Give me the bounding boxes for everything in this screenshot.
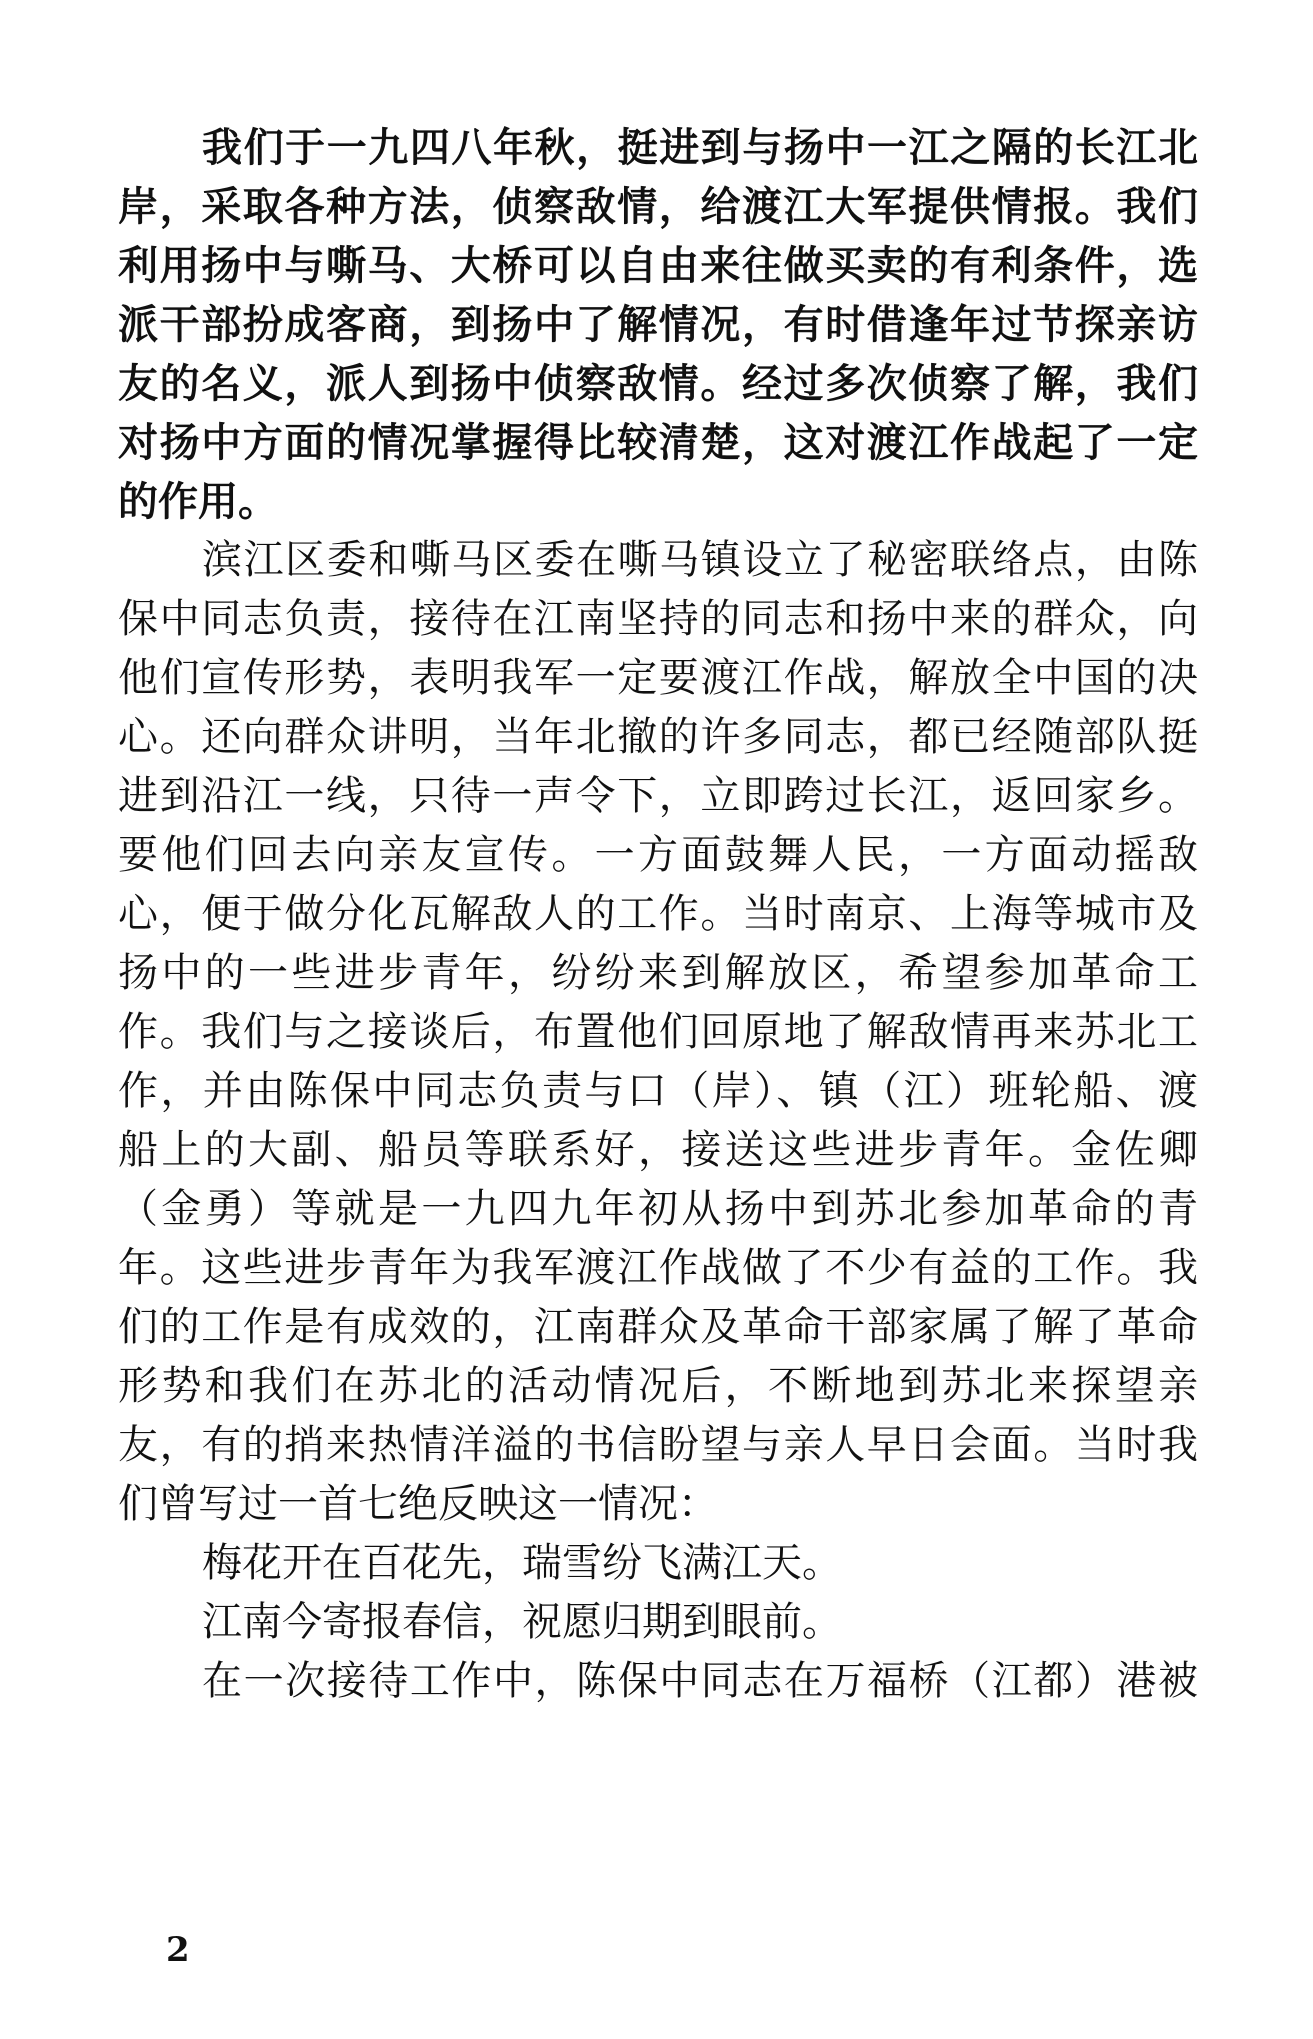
text-line: 在一次接待工作中，陈保中同志在万福桥（江都）港被 <box>118 1652 1198 1711</box>
text-line: 的作用。 <box>118 472 1198 531</box>
text-line: 船上的大副、船员等联系好，接送这些进步青年。金佐卿 <box>118 1121 1198 1180</box>
text-line: 心，便于做分化瓦解敌人的工作。当时南京、上海等城市及 <box>118 885 1198 944</box>
poem-line: 梅花开在百花先，瑞雪纷飞满江天。 <box>118 1534 1198 1593</box>
text-line: 对扬中方面的情况掌握得比较清楚，这对渡江作战起了一定 <box>118 413 1198 472</box>
text-line: 他们宣传形势，表明我军一定要渡江作战，解放全中国的决 <box>118 649 1198 708</box>
paragraph-1: 我们于一九四八年秋，挺进到与扬中一江之隔的长江北 岸，采取各种方法，侦察敌情，给… <box>118 118 1198 531</box>
text-line: 友，有的捎来热情洋溢的书信盼望与亲人早日会面。当时我 <box>118 1416 1198 1475</box>
text-line: 作。我们与之接谈后，布置他们回原地了解敌情再来苏北工 <box>118 1003 1198 1062</box>
paragraph-3: 在一次接待工作中，陈保中同志在万福桥（江都）港被 <box>118 1652 1198 1711</box>
text-line: （金勇）等就是一九四九年初从扬中到苏北参加革命的青 <box>118 1180 1198 1239</box>
text-line: 我们于一九四八年秋，挺进到与扬中一江之隔的长江北 <box>118 118 1198 177</box>
document-page: 我们于一九四八年秋，挺进到与扬中一江之隔的长江北 岸，采取各种方法，侦察敌情，给… <box>118 118 1198 1711</box>
text-line: 利用扬中与嘶马、大桥可以自由来往做买卖的有利条件，选 <box>118 236 1198 295</box>
text-line: 滨江区委和嘶马区委在嘶马镇设立了秘密联络点，由陈 <box>118 531 1198 590</box>
text-line: 派干部扮成客商，到扬中了解情况，有时借逢年过节探亲访 <box>118 295 1198 354</box>
poem: 梅花开在百花先，瑞雪纷飞满江天。 江南今寄报春信，祝愿归期到眼前。 <box>118 1534 1198 1652</box>
text-line: 友的名义，派人到扬中侦察敌情。经过多次侦察了解，我们 <box>118 354 1198 413</box>
text-line: 进到沿江一线，只待一声令下，立即跨过长江，返回家乡。 <box>118 767 1198 826</box>
text-line: 要他们回去向亲友宣传。一方面鼓舞人民，一方面动摇敌 <box>118 826 1198 885</box>
text-line: 保中同志负责，接待在江南坚持的同志和扬中来的群众，向 <box>118 590 1198 649</box>
paragraph-2: 滨江区委和嘶马区委在嘶马镇设立了秘密联络点，由陈 保中同志负责，接待在江南坚持的… <box>118 531 1198 1534</box>
text-line: 年。这些进步青年为我军渡江作战做了不少有益的工作。我 <box>118 1239 1198 1298</box>
page-number: 2 <box>166 1930 190 1970</box>
poem-line: 江南今寄报春信，祝愿归期到眼前。 <box>118 1593 1198 1652</box>
text-line: 岸，采取各种方法，侦察敌情，给渡江大军提供情报。我们 <box>118 177 1198 236</box>
text-line: 扬中的一些进步青年，纷纷来到解放区，希望参加革命工 <box>118 944 1198 1003</box>
text-line: 们的工作是有成效的，江南群众及革命干部家属了解了革命 <box>118 1298 1198 1357</box>
text-line: 形势和我们在苏北的活动情况后，不断地到苏北来探望亲 <box>118 1357 1198 1416</box>
text-line: 们曾写过一首七绝反映这一情况： <box>118 1475 1198 1534</box>
text-line: 作，并由陈保中同志负责与口（岸）、镇（江）班轮船、渡 <box>118 1062 1198 1121</box>
text-line: 心。还向群众讲明，当年北撤的许多同志，都已经随部队挺 <box>118 708 1198 767</box>
